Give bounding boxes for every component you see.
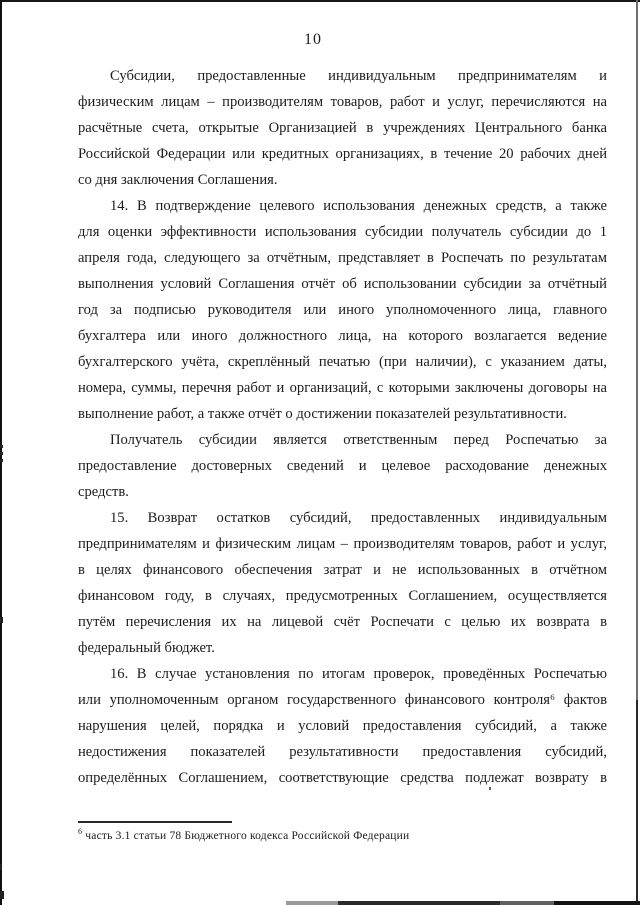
- footnote-area: 6 часть 3.1 статьи 78 Бюджетного кодекса…: [78, 821, 607, 842]
- text-line: 15. Возврат остатков субсидий, предостав…: [78, 505, 607, 531]
- scan-border-top: [0, 0, 640, 2]
- text-line: со дня заключения Соглашения.: [78, 167, 607, 193]
- paragraph: Получатель субсидии является ответственн…: [78, 427, 607, 505]
- scanned-document-page: { "colors": { "ink": "#1c1c1c", "page_ba…: [0, 0, 640, 905]
- footnote: 6 часть 3.1 статьи 78 Бюджетного кодекса…: [78, 830, 607, 842]
- text-line: федеральный бюджет.: [78, 635, 607, 661]
- text-line: финансовом году, в случаях, предусмотрен…: [78, 583, 607, 609]
- page-number: 10: [0, 31, 626, 49]
- body-text: Субсидии, предоставленные индивидуальным…: [78, 63, 607, 791]
- scan-artifact: [0, 891, 4, 899]
- scan-border-bottom-bar: [286, 901, 640, 905]
- text-line: Субсидии, предоставленные индивидуальным…: [78, 63, 607, 89]
- text-line: 16. В случае установления по итогам пров…: [78, 661, 607, 687]
- text-line: определённых Соглашением, соответствующи…: [78, 765, 607, 791]
- text-line: год за подписью руководителя или иного у…: [78, 297, 607, 323]
- paragraph: Субсидии, предоставленные индивидуальным…: [78, 63, 607, 193]
- text-line: предпринимателям и физическим лицам – пр…: [78, 531, 607, 557]
- text-line: средств.: [78, 479, 607, 505]
- text-line: в целях финансового обеспечения затрат и…: [78, 557, 607, 583]
- text-line: Российской Федерации или кредитных орган…: [78, 141, 607, 167]
- footnote-text: часть 3.1 статьи 78 Бюджетного кодекса Р…: [85, 830, 409, 842]
- text-line: предоставление достоверных сведений и це…: [78, 453, 607, 479]
- text-line: расчётные счета, открытые Организацией в…: [78, 115, 607, 141]
- text-line: для оценки эффективности использования с…: [78, 219, 607, 245]
- text-line: выполнение работ, а также отчёт о достиж…: [78, 401, 607, 427]
- text-line: бухгалтера или иного должностного лица, …: [78, 323, 607, 349]
- text-line: путём перечисления их на лицевой счёт Ро…: [78, 609, 607, 635]
- text-line: апреля года, следующего за отчётным, пре…: [78, 245, 607, 271]
- text-line: 14. В подтверждение целевого использован…: [78, 193, 607, 219]
- scan-artifact: [0, 459, 3, 462]
- paragraph: 15. Возврат остатков субсидий, предостав…: [78, 505, 607, 661]
- paragraph: 16. В случае установления по итогам пров…: [78, 661, 607, 791]
- scan-artifact: [0, 617, 3, 623]
- text-line: недостижения показателей результативност…: [78, 739, 607, 765]
- scan-artifact: [0, 864, 2, 870]
- text-line: выполнения условий Соглашения отчёт об и…: [78, 271, 607, 297]
- footnote-separator: [78, 821, 232, 823]
- text-line: нарушения целей, порядка и условий предо…: [78, 713, 607, 739]
- scan-border-right-dark: [636, 700, 638, 905]
- text-line: физическим лицам – производителям товаро…: [78, 89, 607, 115]
- text-line: Получатель субсидии является ответственн…: [78, 427, 607, 453]
- scan-artifact: [0, 445, 3, 448]
- text-line: бухгалтерского учёта, скреплённый печать…: [78, 349, 607, 375]
- text-line: или уполномоченным органом государственн…: [78, 687, 607, 713]
- paragraph: 14. В подтверждение целевого использован…: [78, 193, 607, 427]
- scan-artifact: [0, 452, 3, 455]
- footnote-marker: 6: [78, 827, 82, 836]
- text-line: номера, суммы, перечня работ и организац…: [78, 375, 607, 401]
